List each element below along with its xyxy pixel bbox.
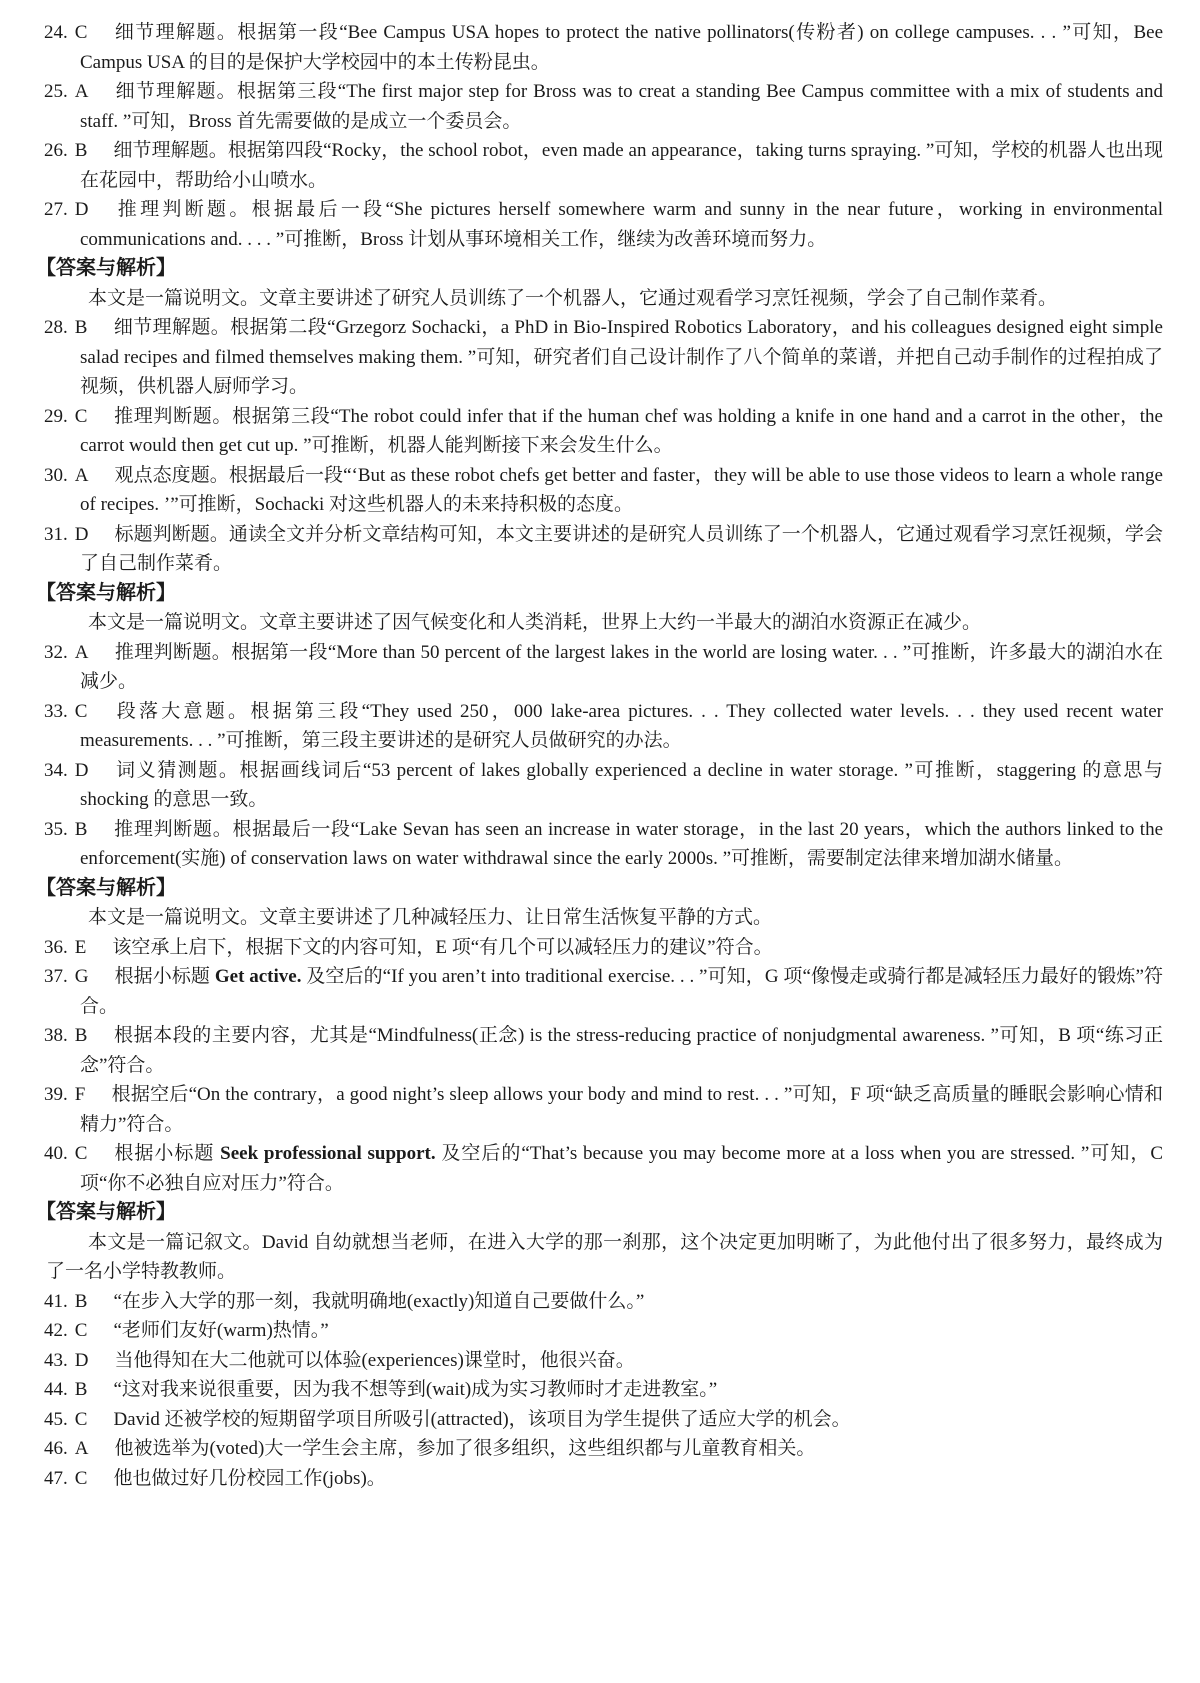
question-number: 33. (44, 701, 68, 722)
explanation-text: “在步入大学的那一刻，我就明确地(exactly)知道自己要做什么。” (113, 1291, 644, 1312)
answer-letter: F (75, 1084, 86, 1105)
explanation-segment: 推理判断题。根据最后一段“Lake Sevan has seen an incr… (80, 819, 1163, 870)
question-number-and-answer: 37.G (44, 966, 88, 987)
answer-item-25: 25.A细节理解题。根据第三段“The first major step for… (0, 77, 1163, 136)
answer-letter: C (75, 406, 88, 427)
answer-blocks-container: 24.C细节理解题。根据第一段“Bee Campus USA hopes to … (0, 18, 1163, 1493)
explanation-text: 词义猜测题。根据画线词后“53 percent of lakes globall… (80, 760, 1163, 811)
question-number-and-answer: 24.C (44, 22, 87, 43)
answer-item-26: 26.B细节理解题。根据第四段“Rocky，the school robot，e… (0, 136, 1163, 195)
explanation-segment: 他被选举为(voted)大一学生会主席，参加了很多组织，这些组织都与儿童教育相关… (114, 1438, 815, 1459)
explanation-segment: 他也做过好几份校园工作(jobs)。 (113, 1468, 385, 1489)
answer-item-34: 34.D词义猜测题。根据画线词后“53 percent of lakes glo… (0, 756, 1163, 815)
explanation-segment: 细节理解题。根据第二段“Grzegorz Sochacki，a PhD in B… (80, 317, 1163, 397)
question-number: 45. (44, 1409, 68, 1430)
answer-item-37: 37.G根据小标题 Get active. 及空后的“If you aren’t… (0, 962, 1163, 1021)
answer-letter: A (75, 465, 89, 486)
bold-subheading-text: Seek professional support. (220, 1143, 435, 1164)
answer-item-27: 27.D推理判断题。根据最后一段“She pictures herself so… (0, 195, 1163, 254)
explanation-text: 推理判断题。根据最后一段“She pictures herself somewh… (80, 199, 1163, 250)
explanation-text: 根据小标题 Seek professional support. 及空后的“Th… (80, 1143, 1163, 1194)
explanation-segment: 根据小标题 (113, 1143, 220, 1164)
answer-letter: C (75, 1409, 88, 1430)
question-number: 46. (44, 1438, 68, 1459)
question-number: 25. (44, 81, 68, 102)
answer-item-32: 32.A推理判断题。根据第一段“More than 50 percent of … (0, 638, 1163, 697)
answer-letter: B (75, 140, 88, 161)
question-number: 44. (44, 1379, 68, 1400)
question-number: 26. (44, 140, 68, 161)
answer-letter: C (75, 22, 88, 43)
question-number-and-answer: 28.B (44, 317, 87, 338)
explanation-text: 细节理解题。根据第三段“The first major step for Bro… (80, 81, 1163, 132)
explanation-segment: 该空承上启下，根据下文的内容可知，E 项“有几个可以减轻压力的建议”符合。 (112, 937, 772, 958)
answer-item-42: 42.C“老师们友好(warm)热情。” (0, 1316, 1163, 1346)
explanation-text: 观点态度题。根据最后一段“‘But as these robot chefs g… (80, 465, 1163, 516)
question-number-and-answer: 33.C (44, 701, 87, 722)
explanation-segment: David 还被学校的短期留学项目所吸引(attracted)，该项目为学生提供… (113, 1409, 850, 1430)
answer-letter: G (75, 966, 89, 987)
answer-letter: B (75, 1291, 88, 1312)
answer-letter: D (75, 524, 89, 545)
question-number: 41. (44, 1291, 68, 1312)
passage-summary-paragraph: 本文是一篇说明文。文章主要讲述了因气候变化和人类消耗，世界上大约一半最大的湖泊水… (0, 608, 1163, 638)
question-number: 39. (44, 1084, 68, 1105)
question-number-and-answer: 26.B (44, 140, 87, 161)
bold-subheading-text: Get active. (215, 966, 302, 987)
passage-summary-paragraph: 本文是一篇说明文。文章主要讲述了研究人员训练了一个机器人，它通过观看学习烹饪视频… (0, 284, 1163, 314)
answer-item-28: 28.B细节理解题。根据第二段“Grzegorz Sochacki，a PhD … (0, 313, 1163, 402)
answer-item-47: 47.C他也做过好几份校园工作(jobs)。 (0, 1464, 1163, 1494)
question-number-and-answer: 30.A (44, 465, 88, 486)
explanation-text: “老师们友好(warm)热情。” (113, 1320, 328, 1341)
question-number: 32. (44, 642, 68, 663)
question-number-and-answer: 46.A (44, 1438, 88, 1459)
explanation-text: 根据小标题 Get active. 及空后的“If you aren’t int… (80, 966, 1163, 1017)
question-number: 36. (44, 937, 68, 958)
question-number: 40. (44, 1143, 68, 1164)
question-number: 27. (44, 199, 68, 220)
question-number-and-answer: 27.D (44, 199, 88, 220)
passage-summary-paragraph: 本文是一篇记叙文。David 自幼就想当老师，在进入大学的那一刹那，这个决定更加… (0, 1228, 1163, 1287)
answer-letter: E (75, 937, 87, 958)
explanation-segment: “这对我来说很重要，因为我不想等到(wait)成为实习教师时才走进教室。” (113, 1379, 717, 1400)
question-number: 38. (44, 1025, 68, 1046)
explanation-segment: 观点态度题。根据最后一段“‘But as these robot chefs g… (80, 465, 1163, 516)
explanation-text: “这对我来说很重要，因为我不想等到(wait)成为实习教师时才走进教室。” (113, 1379, 717, 1400)
question-number: 43. (44, 1350, 68, 1371)
explanation-text: 细节理解题。根据第四段“Rocky，the school robot，even … (80, 140, 1163, 191)
answer-item-33: 33.C段落大意题。根据第三段“They used 250，000 lake-a… (0, 697, 1163, 756)
answer-item-29: 29.C推理判断题。根据第三段“The robot could infer th… (0, 402, 1163, 461)
explanation-segment: 细节理解题。根据第一段“Bee Campus USA hopes to prot… (80, 22, 1163, 73)
answer-letter: C (75, 1143, 88, 1164)
explanation-segment: 推理判断题。根据最后一段“She pictures herself somewh… (80, 199, 1163, 250)
explanation-segment: 细节理解题。根据第四段“Rocky，the school robot，even … (80, 140, 1163, 191)
question-number-and-answer: 32.A (44, 642, 88, 663)
explanation-text: 该空承上启下，根据下文的内容可知，E 项“有几个可以减轻压力的建议”符合。 (112, 937, 772, 958)
answer-letter: C (75, 1320, 88, 1341)
passage-summary-paragraph: 本文是一篇说明文。文章主要讲述了几种减轻压力、让日常生活恢复平静的方式。 (0, 903, 1163, 933)
answer-item-24: 24.C细节理解题。根据第一段“Bee Campus USA hopes to … (0, 18, 1163, 77)
section-header-answers-analysis: 【答案与解析】 (0, 579, 1163, 609)
question-number-and-answer: 44.B (44, 1379, 87, 1400)
question-number-and-answer: 36.E (44, 937, 86, 958)
answer-letter: B (75, 1379, 88, 1400)
explanation-segment: 段落大意题。根据第三段“They used 250，000 lake-area … (80, 701, 1163, 752)
explanation-text: 他也做过好几份校园工作(jobs)。 (113, 1468, 385, 1489)
question-number: 37. (44, 966, 68, 987)
answer-letter: D (75, 1350, 89, 1371)
answer-item-40: 40.C根据小标题 Seek professional support. 及空后… (0, 1139, 1163, 1198)
answer-item-41: 41.B“在步入大学的那一刻，我就明确地(exactly)知道自己要做什么。” (0, 1287, 1163, 1317)
answer-letter: A (75, 1438, 89, 1459)
question-number: 35. (44, 819, 68, 840)
explanation-text: 他被选举为(voted)大一学生会主席，参加了很多组织，这些组织都与儿童教育相关… (114, 1438, 815, 1459)
question-number: 42. (44, 1320, 68, 1341)
explanation-text: 当他得知在大二他就可以体验(experiences)课堂时，他很兴奋。 (114, 1350, 634, 1371)
answer-item-38: 38.B根据本段的主要内容，尤其是“Mindfulness(正念) is the… (0, 1021, 1163, 1080)
explanation-segment: 词义猜测题。根据画线词后“53 percent of lakes globall… (80, 760, 1163, 811)
question-number-and-answer: 45.C (44, 1409, 87, 1430)
explanation-segment: “老师们友好(warm)热情。” (113, 1320, 328, 1341)
answer-letter: D (75, 199, 89, 220)
answer-letter: B (75, 317, 88, 338)
question-number-and-answer: 31.D (44, 524, 88, 545)
answer-item-35: 35.B推理判断题。根据最后一段“Lake Sevan has seen an … (0, 815, 1163, 874)
question-number-and-answer: 42.C (44, 1320, 87, 1341)
section-header-answers-analysis: 【答案与解析】 (0, 874, 1163, 904)
explanation-segment: 推理判断题。根据第三段“The robot could infer that i… (80, 406, 1163, 457)
question-number-and-answer: 29.C (44, 406, 87, 427)
question-number: 34. (44, 760, 68, 781)
answer-letter: D (75, 760, 89, 781)
question-number-and-answer: 43.D (44, 1350, 88, 1371)
explanation-text: 根据本段的主要内容，尤其是“Mindfulness(正念) is the str… (80, 1025, 1163, 1076)
answer-letter: B (75, 1025, 88, 1046)
question-number: 31. (44, 524, 68, 545)
section-header-answers-analysis: 【答案与解析】 (0, 1198, 1163, 1228)
answer-letter: A (75, 81, 89, 102)
explanation-text: 段落大意题。根据第三段“They used 250，000 lake-area … (80, 701, 1163, 752)
explanation-segment: 根据小标题 (114, 966, 214, 987)
question-number: 24. (44, 22, 68, 43)
explanation-segment: 当他得知在大二他就可以体验(experiences)课堂时，他很兴奋。 (114, 1350, 634, 1371)
explanation-text: David 还被学校的短期留学项目所吸引(attracted)，该项目为学生提供… (113, 1409, 850, 1430)
question-number-and-answer: 35.B (44, 819, 87, 840)
answer-item-44: 44.B“这对我来说很重要，因为我不想等到(wait)成为实习教师时才走进教室。… (0, 1375, 1163, 1405)
answer-letter: C (75, 701, 88, 722)
question-number: 47. (44, 1468, 68, 1489)
question-number: 30. (44, 465, 68, 486)
answer-explanation-sheet: 24.C细节理解题。根据第一段“Bee Campus USA hopes to … (0, 0, 1200, 1493)
answer-letter: A (75, 642, 89, 663)
question-number-and-answer: 34.D (44, 760, 88, 781)
answer-letter: B (75, 819, 88, 840)
answer-item-45: 45.CDavid 还被学校的短期留学项目所吸引(attracted)，该项目为… (0, 1405, 1163, 1435)
explanation-text: 细节理解题。根据第一段“Bee Campus USA hopes to prot… (80, 22, 1163, 73)
explanation-text: 推理判断题。根据最后一段“Lake Sevan has seen an incr… (80, 819, 1163, 870)
question-number-and-answer: 25.A (44, 81, 88, 102)
answer-item-30: 30.A观点态度题。根据最后一段“‘But as these robot che… (0, 461, 1163, 520)
section-header-answers-analysis: 【答案与解析】 (0, 254, 1163, 284)
explanation-text: 根据空后“On the contrary，a good night’s slee… (80, 1084, 1163, 1135)
answer-item-39: 39.F根据空后“On the contrary，a good night’s … (0, 1080, 1163, 1139)
explanation-text: 推理判断题。根据第三段“The robot could infer that i… (80, 406, 1163, 457)
question-number: 29. (44, 406, 68, 427)
explanation-segment: 标题判断题。通读全文并分析文章结构可知，本文主要讲述的是研究人员训练了一个机器人… (80, 524, 1163, 575)
answer-item-46: 46.A他被选举为(voted)大一学生会主席，参加了很多组织，这些组织都与儿童… (0, 1434, 1163, 1464)
question-number-and-answer: 40.C (44, 1143, 87, 1164)
answer-item-36: 36.E该空承上启下，根据下文的内容可知，E 项“有几个可以减轻压力的建议”符合… (0, 933, 1163, 963)
explanation-segment: 根据本段的主要内容，尤其是“Mindfulness(正念) is the str… (80, 1025, 1163, 1076)
question-number-and-answer: 41.B (44, 1291, 87, 1312)
explanation-text: 标题判断题。通读全文并分析文章结构可知，本文主要讲述的是研究人员训练了一个机器人… (80, 524, 1163, 575)
answer-item-43: 43.D当他得知在大二他就可以体验(experiences)课堂时，他很兴奋。 (0, 1346, 1163, 1376)
explanation-segment: 细节理解题。根据第三段“The first major step for Bro… (80, 81, 1163, 132)
answer-item-31: 31.D标题判断题。通读全文并分析文章结构可知，本文主要讲述的是研究人员训练了一… (0, 520, 1163, 579)
answer-letter: C (75, 1468, 88, 1489)
question-number-and-answer: 39.F (44, 1084, 85, 1105)
explanation-segment: 推理判断题。根据第一段“More than 50 percent of the … (80, 642, 1163, 693)
explanation-segment: 根据空后“On the contrary，a good night’s slee… (80, 1084, 1163, 1135)
explanation-text: 细节理解题。根据第二段“Grzegorz Sochacki，a PhD in B… (80, 317, 1163, 397)
explanation-text: 推理判断题。根据第一段“More than 50 percent of the … (80, 642, 1163, 693)
explanation-segment: “在步入大学的那一刻，我就明确地(exactly)知道自己要做什么。” (113, 1291, 644, 1312)
question-number: 28. (44, 317, 68, 338)
question-number-and-answer: 38.B (44, 1025, 87, 1046)
question-number-and-answer: 47.C (44, 1468, 87, 1489)
